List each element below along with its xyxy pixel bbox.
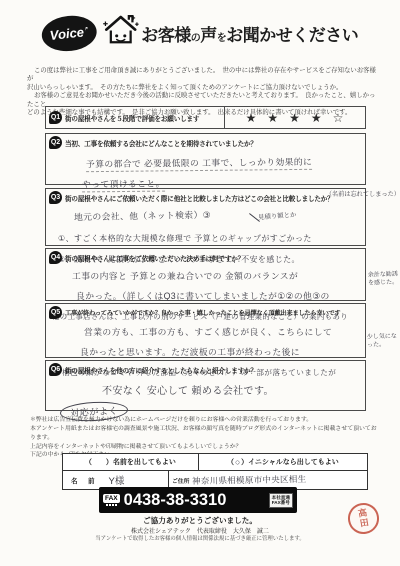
customer-name-value: Y様 [109,473,125,487]
q2-label: 当初、工事を依頼する会社にどんなことを期待されていましたか？ [65,138,257,148]
footnote-line: 本アンケート用紙またはお客様宅の調査風景や施工状況、お客様の顔写真を随時ブログ形… [30,425,378,443]
q6-badge: Q6 [49,363,62,376]
customer-address-value: 神奈川県相模原市中央区相生 [192,473,307,487]
star-rating: ★★★★☆ [224,107,365,128]
name-label: 名 前 [71,476,97,485]
consent-table: （ ）名前を出してもよい （ ○ ）イニシャルなら出してもよい 名 前 Y様 ご… [62,453,368,490]
title-part: を [217,33,227,44]
q5-margin-note: 少し気になった。 [367,333,400,350]
q4-answer-line: 良かった。（詳しくはQ3に書いてしまいましたが①②の他③の [76,291,330,301]
title-part: お客様 [141,26,191,45]
q5-badge: Q5 [49,306,62,319]
q1-badge: Q1 [49,111,62,124]
survey-scan-page: Voice! お客様の声をお聞かせください この度は弊社に工事をご用命頂き誠にあ… [0,0,400,566]
handwritten-circle-mark: ○ [234,457,240,468]
q1-label-cell: Q1 街の屋根やさんを５段階で評価をお願いします [46,107,224,128]
fax-badge-line: FAX番号 [272,500,290,506]
q3-answer-line: ①、すごく本格的な大規模な修理で 予算とのギャップがすごかった [58,234,312,243]
consent-option-name: （ ）名前を出してもよい [63,454,199,470]
question-q4: Q4 街の屋根やさんに工事をご依頼いただいた決め手は何ですか？ 工事の内容と 予… [45,248,366,301]
privacy-notice: 当アンケートで取得したお客様の個人情報は関係法規に基づき厳正に管理いたします。 [0,534,400,542]
intro-line: この度は弊社に工事をご用命頂き誠にありがとうございました。 世の中には弊社の存在… [27,67,377,84]
q5-answer-line: 良かったと思います。ただ波板の工事が終わった後に [80,347,300,357]
consent-option-initial: （ ○ ）イニシャルなら出してもよい [199,454,367,470]
question-q2: Q2 当初、工事を依頼する会社にどんなことを期待されていましたか？ 予算の都合で… [45,133,366,185]
paren-open: （ [227,457,234,467]
q3-badge: Q3 [49,191,62,204]
q2-badge: Q2 [49,136,62,149]
q4-label: 街の屋根やさんに工事をご依頼いただいた決め手は何ですか？ [65,253,244,263]
address-cell: ご住所 神奈川県相模原市中央区相生 [169,474,367,486]
fax-machine-icon: FAX [103,494,120,506]
title-part: 声 [200,26,217,45]
q2-answer-line: 予算の都合で 必要最低限の 工事で、しっかり効果的に [86,155,312,172]
stamp-char: 田 [359,518,370,529]
header: Voice! お客様の声をお聞かせください [42,14,359,52]
q5-label: 工事が終わってみていかがですか？良かった事・嬉しかったことを忌憚なく頂戴出来まし… [65,308,340,317]
footnote-line: 上記内容をインターネットや印刷物に掲載させて頂いてもよろしいでしょうか？ [30,443,378,452]
q4-badge: Q4 [49,251,62,264]
q3-answer-line: 地元の会社、他（ネット検索）③ [74,208,211,223]
title-part: の [191,33,201,44]
fax-icon-dots [106,504,117,506]
q1-label: 街の屋根やさんを５段階で評価をお願いします [65,113,199,123]
title-part: お聞かせください [226,26,358,45]
option-initial-text: ）イニシャルなら出してもよい [241,457,339,467]
q4-margin-note: 余計な勧誘を感じた。 [368,271,400,288]
thanks-message: ご協力ありがとうございました。 [0,515,400,526]
house-icon [102,14,138,52]
question-q1-rating: Q1 街の屋根やさんを５段階で評価をお願いします ★★★★☆ [45,106,366,129]
q6-label: 街の屋根やさんを他の方に紹介するとしたらなんと紹介しますか？ [65,365,257,375]
page-title: お客様の声をお聞かせください [141,21,358,46]
address-label: ご住所 [172,476,189,485]
q6-answer: 不安なく 安心して 頼める会社です。 [102,386,274,397]
consent-options-row: （ ）名前を出してもよい （ ○ ）イニシャルなら出してもよい [63,454,367,471]
q3-handwritten-note: （名前は忘れてしまった） [326,189,400,198]
fax-banner: FAX 0438-38-3310 本社直通 FAX番号 [99,487,297,513]
voice-speech-bubble-logo: Voice! [40,13,98,54]
q3-label: 街の屋根やさんにご依頼いただく際に他社と比較しました方はどこの会社と比較しました… [65,193,334,203]
fax-number: 0438-38-3310 [124,491,227,510]
footnote-line: ＊弊社は広告宣伝費を極力かけない為にホームページだけを頼りにお客様への営業活動を… [30,416,378,425]
fax-badge: 本社直通 FAX番号 [269,493,293,508]
fax-chip-label: FAX [103,494,120,503]
q4-answer-line: 工事の内容と 予算との兼ね合いでの 金額のバランスが [72,271,298,281]
question-q6: Q6 街の屋根やさんを他の方に紹介するとしたらなんと紹介しますか？ 不安なく 安… [45,360,366,411]
question-q3: Q3 街の屋根やさんにご依頼いただく際に他社と比較しました方はどこの会社と比較し… [45,188,366,246]
question-q5: Q5 工事が終わってみていかがですか？良かった事・嬉しかったことを忌憚なく頂戴出… [45,303,366,358]
q5-answer-line: 営業の方も、工事の方も、すごく感じが良く、こちらにして [84,327,332,337]
